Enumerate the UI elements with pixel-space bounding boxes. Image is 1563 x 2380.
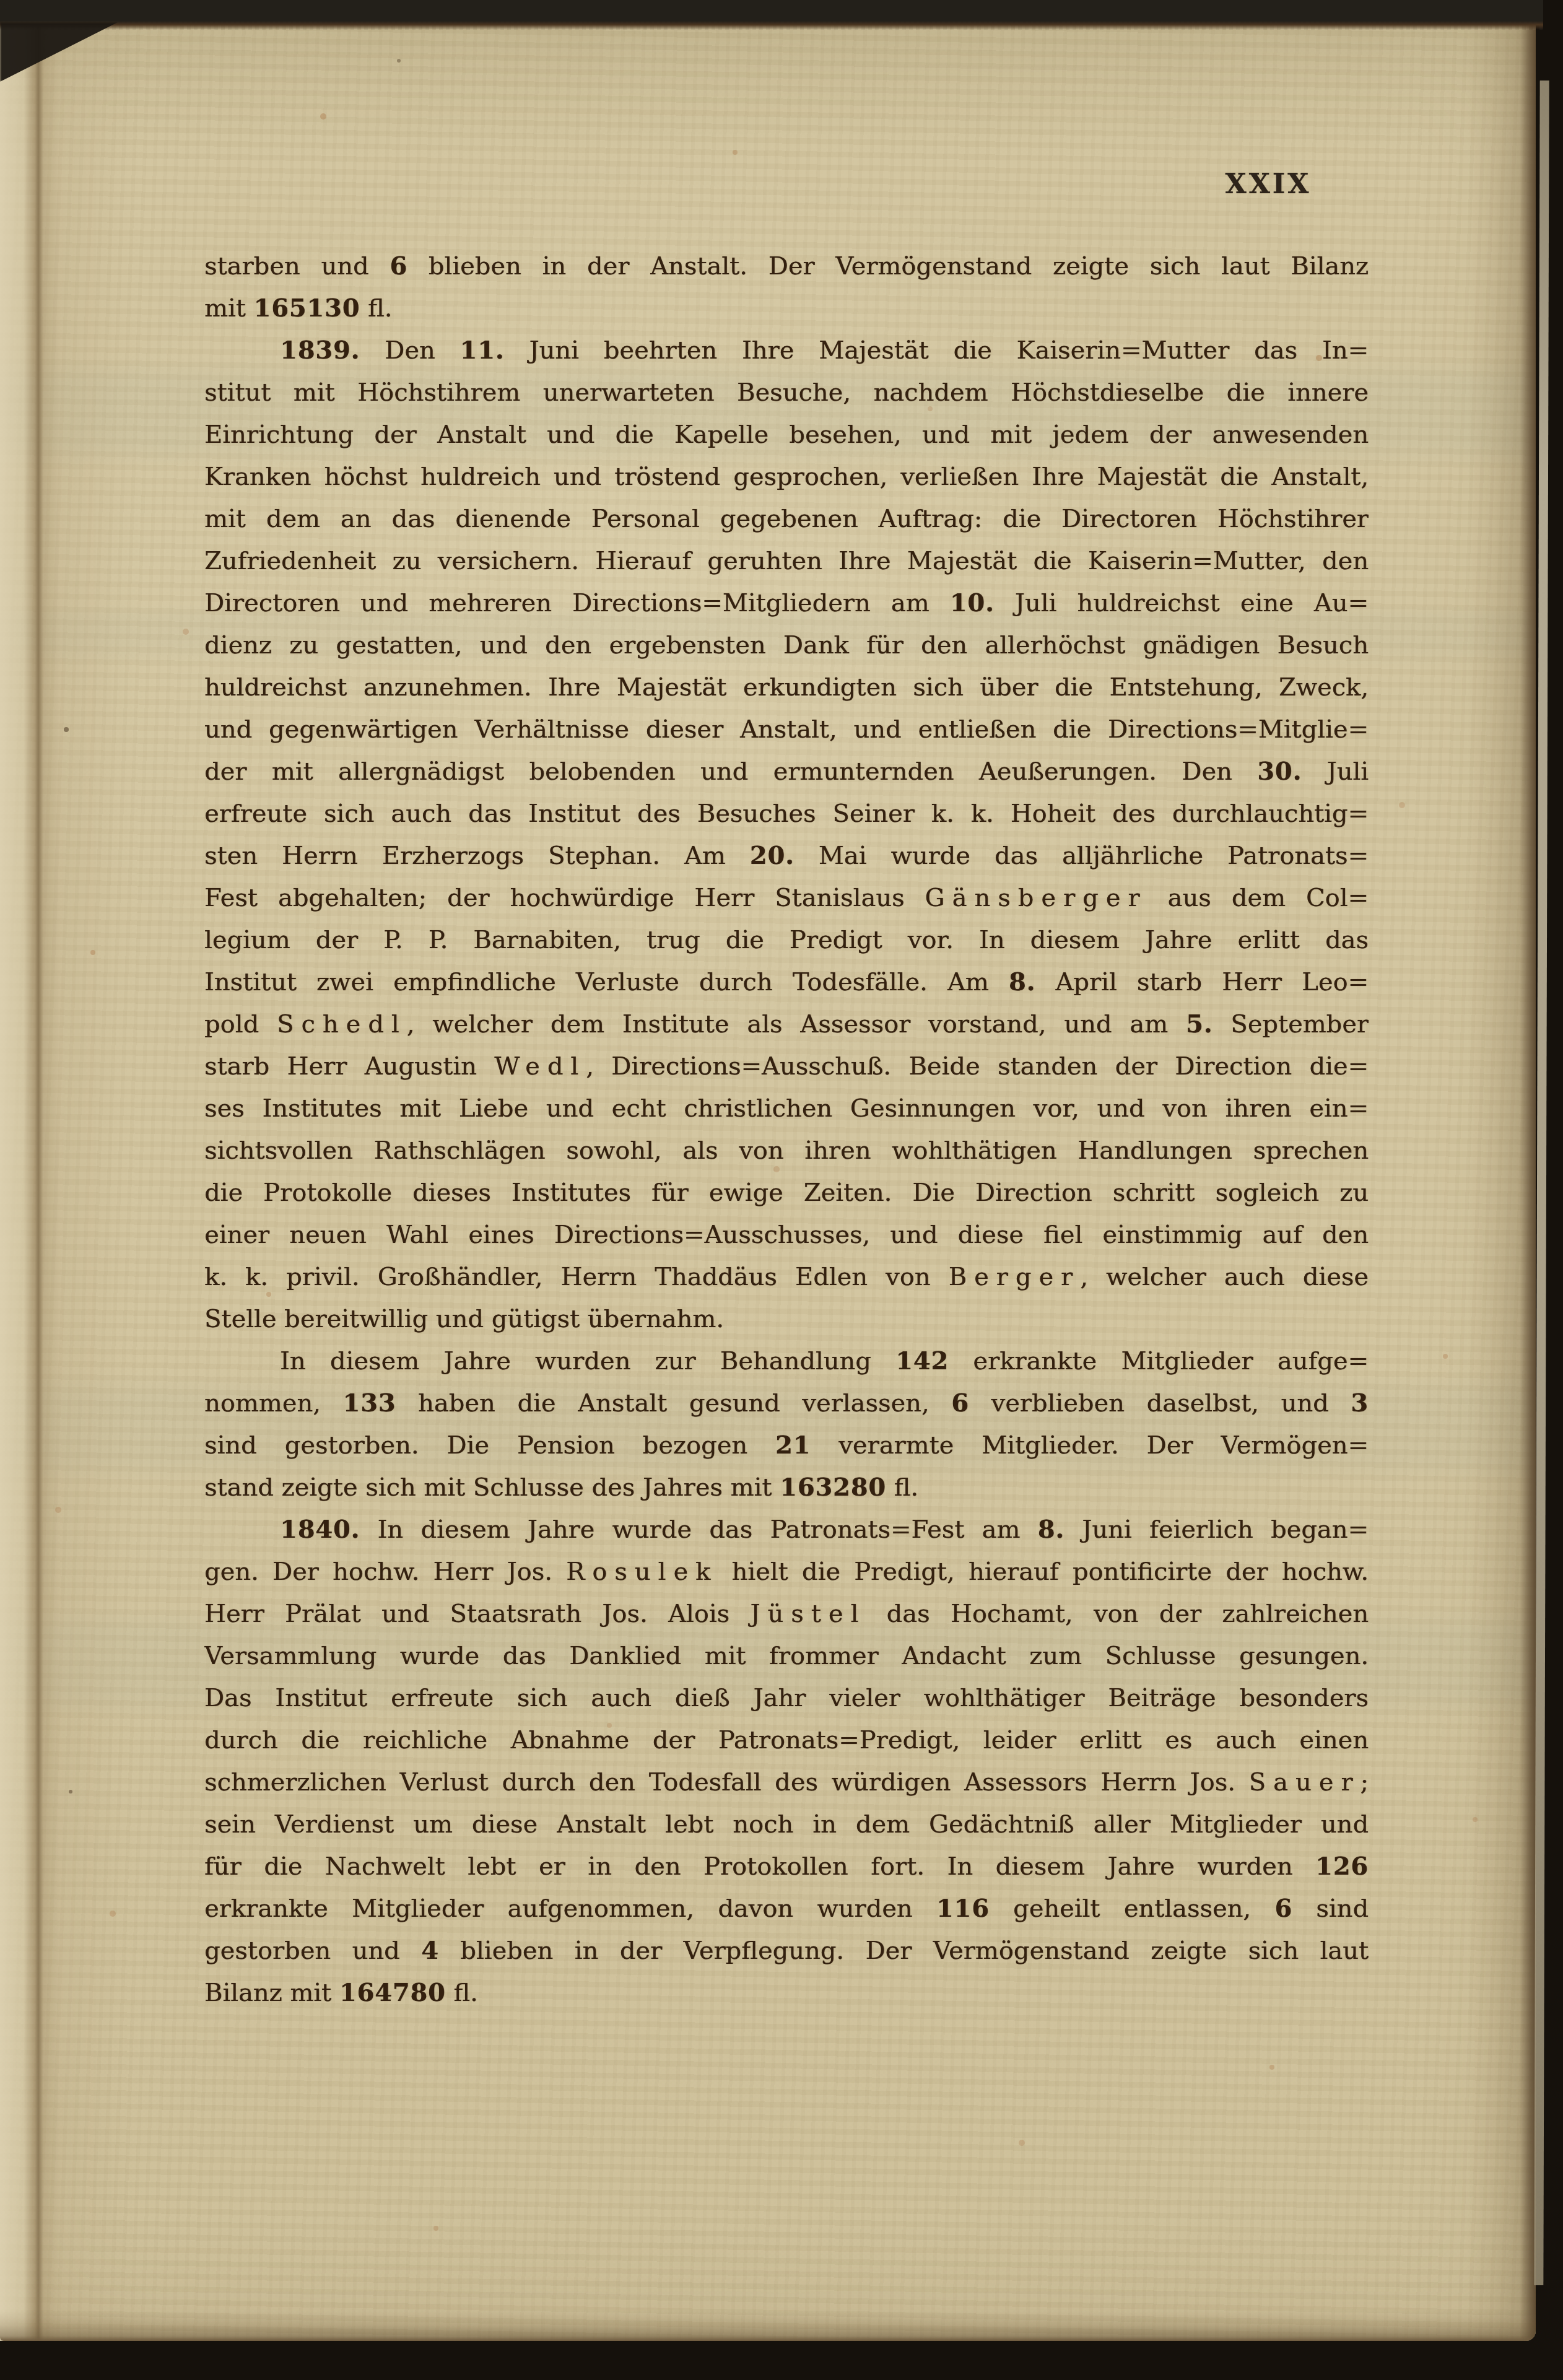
bold-number: 6	[390, 251, 407, 281]
text-line: Bilanz mit 164780 fl.	[204, 1972, 1369, 2014]
text-line: sten Herrn Erzherzogs Stephan. Am 20. Ma…	[204, 835, 1369, 877]
spaced-name: Wedl	[494, 1052, 586, 1081]
bold-number: 164780	[339, 1978, 446, 2007]
page-right-edge-shadow	[1466, 22, 1536, 2341]
text-line: Institut zwei empfindliche Verluste durc…	[204, 961, 1369, 1003]
text-line: mit 165130 fl.	[204, 287, 1369, 329]
bold-number: 6	[951, 1388, 969, 1418]
text-line: durch die reichliche Abnahme der Patrona…	[204, 1719, 1369, 1761]
text-line: starb Herr Augustin Wedl, Directions=Aus…	[204, 1045, 1369, 1088]
text-line: nommen, 133 haben die Anstalt gesund ver…	[204, 1382, 1369, 1424]
text-line: Herr Prälat und Staatsrath Jos. Alois Jü…	[204, 1593, 1369, 1635]
text-line: für die Nachwelt lebt er in den Protokol…	[204, 1846, 1369, 1888]
text-line: k. k. privil. Großhändler, Herrn Thaddäu…	[204, 1256, 1369, 1298]
text-line: sichtsvollen Rathschlägen sowohl, als vo…	[204, 1130, 1369, 1172]
text-line: Stelle bereitwillig und gütigst übernahm…	[204, 1298, 1369, 1340]
bold-number: 165130	[254, 294, 360, 323]
page-bottom-edge-shadow	[0, 2311, 1536, 2341]
text-line: Das Institut erfreute sich auch dieß Jah…	[204, 1677, 1369, 1719]
bold-number: 30.	[1257, 757, 1302, 786]
bold-number: 11.	[460, 336, 505, 365]
text-line: In diesem Jahre wurden zur Behandlung 14…	[204, 1340, 1369, 1382]
bold-number: 126	[1315, 1852, 1369, 1881]
bold-number: 1840.	[280, 1515, 360, 1544]
bold-number: 6	[1274, 1894, 1292, 1923]
text-line: schmerzlichen Verlust durch den Todesfal…	[204, 1761, 1369, 1803]
text-line: 1839. Den 11. Juni beehrten Ihre Majestä…	[204, 329, 1369, 372]
bold-number: 133	[343, 1388, 396, 1418]
spaced-name: Sauer	[1249, 1768, 1361, 1797]
bold-number: 116	[936, 1894, 990, 1923]
bold-number: 4	[421, 1936, 439, 1965]
paragraph: 1839. Den 11. Juni beehrten Ihre Majestä…	[204, 329, 1369, 1340]
spaced-name: Berger	[949, 1263, 1081, 1291]
bold-number: 1839.	[280, 336, 360, 365]
text-line: der mit allergnädigst belobenden und erm…	[204, 751, 1369, 793]
text-line: dienz zu gestatten, und den ergebensten …	[204, 624, 1369, 666]
text-line: gestorben und 4 blieben in der Verpflegu…	[204, 1930, 1369, 1972]
spaced-name: Gänsberger	[925, 884, 1147, 912]
text-line: erfreute sich auch das Institut des Besu…	[204, 793, 1369, 835]
text-line: Kranken höchst huldreich und tröstend ge…	[204, 456, 1369, 498]
scan-background: { "meta": { "page_number": "XXIX" }, "co…	[0, 0, 1563, 2380]
bold-number: 20.	[750, 841, 795, 870]
text-line: Fest abgehalten; der hochwürdige Herr St…	[204, 877, 1369, 919]
bold-number: 8.	[1009, 967, 1035, 996]
page-stack-edge-right	[1534, 81, 1549, 2285]
text-line: legium der P. P. Barnabiten, trug die Pr…	[204, 919, 1369, 961]
paragraph: 1840. In diesem Jahre wurde das Patronat…	[204, 1509, 1369, 2014]
text-line: pold Schedl, welcher dem Institute als A…	[204, 1003, 1369, 1045]
spaced-name: Rosulek	[566, 1558, 718, 1586]
bold-number: 21	[775, 1431, 811, 1460]
gutter-crease	[0, 22, 142, 2341]
spaced-name: Schedl	[277, 1010, 407, 1039]
book-page-paper: XXIX starben und 6 blieben in der Anstal…	[0, 22, 1536, 2341]
text-line: 1840. In diesem Jahre wurde das Patronat…	[204, 1509, 1369, 1551]
text-line: starben und 6 blieben in der Anstalt. De…	[204, 245, 1369, 287]
text-line: sind gestorben. Die Pension bezogen 21 v…	[204, 1424, 1369, 1467]
text-line: sein Verdienst um diese Anstalt lebt noc…	[204, 1803, 1369, 1846]
page-text-block: starben und 6 blieben in der Anstalt. De…	[204, 245, 1369, 2014]
bold-number: 3	[1351, 1388, 1369, 1418]
text-line: einer neuen Wahl eines Directions=Aussch…	[204, 1214, 1369, 1256]
text-line: und gegenwärtigen Verhältnisse dieser An…	[204, 708, 1369, 751]
text-line: die Protokolle dieses Institutes für ewi…	[204, 1172, 1369, 1214]
text-line: erkrankte Mitglieder aufgenommen, davon …	[204, 1888, 1369, 1930]
bold-number: 8.	[1038, 1515, 1064, 1544]
text-line: stitut mit Höchstihrem unerwarteten Besu…	[204, 372, 1369, 414]
scan-top-edge-band	[0, 0, 1543, 30]
bold-number: 5.	[1186, 1009, 1213, 1039]
bold-number: 10.	[950, 588, 995, 617]
text-line: Versammlung wurde das Danklied mit fromm…	[204, 1635, 1369, 1677]
bold-number: 142	[895, 1346, 949, 1375]
text-line: Directoren und mehreren Directions=Mitgl…	[204, 582, 1369, 624]
page-number: XXIX	[1225, 168, 1312, 200]
text-line: Zufriedenheit zu versichern. Hierauf ger…	[204, 540, 1369, 582]
bold-number: 163280	[780, 1473, 886, 1502]
text-line: mit dem an das dienende Personal gegeben…	[204, 498, 1369, 540]
spaced-name: Jüstel	[750, 1600, 866, 1628]
text-line: Einrichtung der Anstalt und die Kapelle …	[204, 414, 1369, 456]
text-line: ses Institutes mit Liebe und echt christ…	[204, 1088, 1369, 1130]
text-line: stand zeigte sich mit Schlusse des Jahre…	[204, 1467, 1369, 1509]
scan-root: XXIX starben und 6 blieben in der Anstal…	[0, 0, 1563, 2380]
text-line: huldreichst anzunehmen. Ihre Majestät er…	[204, 666, 1369, 708]
paragraph: In diesem Jahre wurden zur Behandlung 14…	[204, 1340, 1369, 1509]
text-line: gen. Der hochw. Herr Jos. Rosulek hielt …	[204, 1551, 1369, 1593]
paragraph: starben und 6 blieben in der Anstalt. De…	[204, 245, 1369, 329]
